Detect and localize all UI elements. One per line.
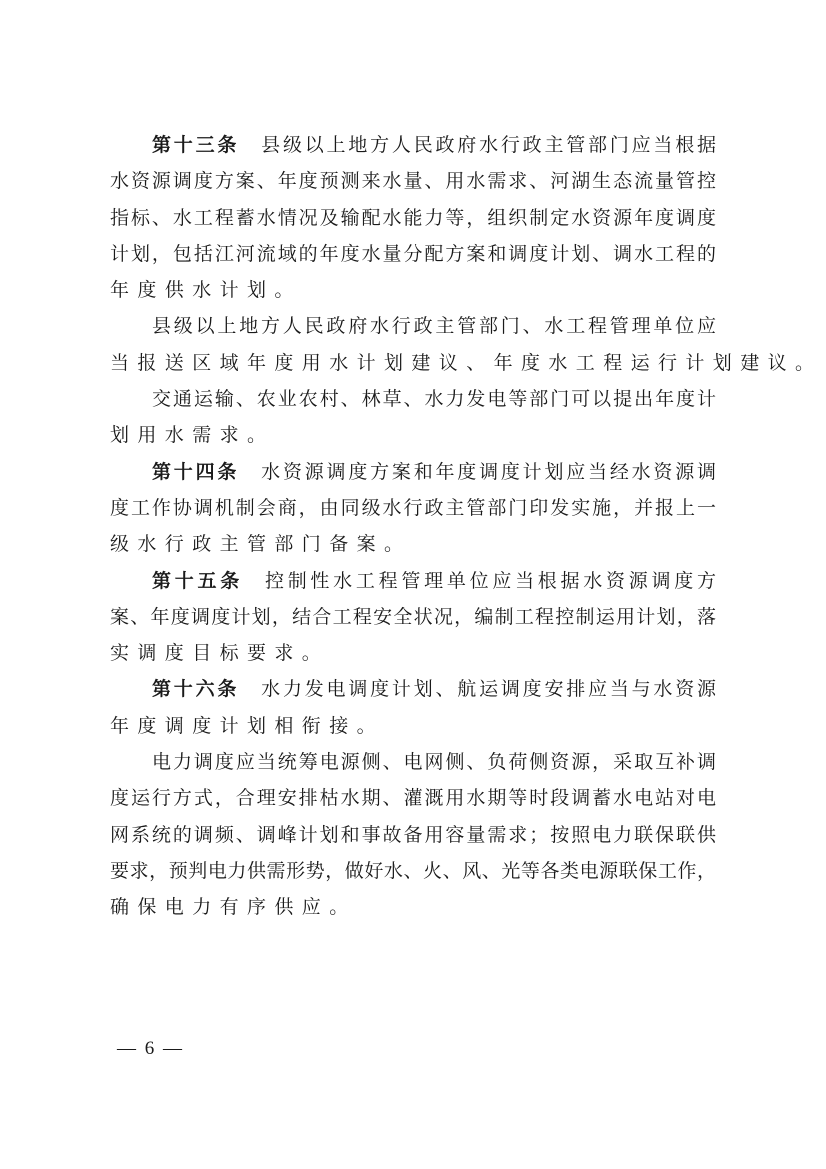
paragraph-line: 指标、水工程蓄水情况及输配水能力等，组织制定水资源年度调度 <box>110 200 716 236</box>
paragraph-line: 级水行政主管部门备案。 <box>110 526 716 562</box>
article-15-line-1: 第十五条控制性水工程管理单位应当根据水资源调度方 <box>110 563 716 599</box>
paragraph-text: 水资源调度方案和年度调度计划应当经水资源调 <box>261 461 716 483</box>
article-16-heading: 第十六条 <box>152 678 239 700</box>
paragraph-text: 县级以上地方人民政府水行政主管部门应当根据 <box>261 134 716 156</box>
paragraph-line: 网系统的调频、调峰计划和事故备用容量需求；按照电力联保联供 <box>110 817 716 853</box>
paragraph-line: 当报送区域年度用水计划建议、年度水工程运行计划建议。 <box>110 345 716 381</box>
paragraph-text: 水力发电调度计划、航运调度安排应当与水资源 <box>261 678 716 700</box>
article-15-heading: 第十五条 <box>152 570 243 592</box>
body-text: 第十三条县级以上地方人民政府水行政主管部门应当根据 水资源调度方案、年度预测来水… <box>110 127 720 926</box>
paragraph-line: 要求，预判电力供需形势，做好水、火、风、光等各类电源联保工作， <box>110 853 716 889</box>
paragraph-line: 县级以上地方人民政府水行政主管部门、水工程管理单位应 <box>110 308 716 344</box>
page-number: — 6 — <box>117 1038 184 1060</box>
paragraph-line: 交通运输、农业农村、林草、水力发电等部门可以提出年度计 <box>110 381 716 417</box>
article-14-heading: 第十四条 <box>152 461 239 483</box>
paragraph-line: 年度调度计划相衔接。 <box>110 708 716 744</box>
paragraph-line: 度运行方式，合理安排枯水期、灌溉用水期等时段调蓄水电站对电 <box>110 780 716 816</box>
paragraph-line: 划用水需求。 <box>110 417 716 453</box>
paragraph-line: 年度供水计划。 <box>110 272 716 308</box>
paragraph-line: 电力调度应当统筹电源侧、电网侧、负荷侧资源，采取互补调 <box>110 744 716 780</box>
article-13-line-1: 第十三条县级以上地方人民政府水行政主管部门应当根据 <box>110 127 716 163</box>
article-16-line-1: 第十六条水力发电调度计划、航运调度安排应当与水资源 <box>110 671 716 707</box>
paragraph-line: 实调度目标要求。 <box>110 635 716 671</box>
paragraph-line: 确保电力有序供应。 <box>110 889 716 925</box>
document-page: 第十三条县级以上地方人民政府水行政主管部门应当根据 水资源调度方案、年度预测来水… <box>0 0 826 1169</box>
article-13-heading: 第十三条 <box>152 134 239 156</box>
paragraph-line: 计划，包括江河流域的年度水量分配方案和调度计划、调水工程的 <box>110 236 716 272</box>
paragraph-line: 度工作协调机制会商，由同级水行政主管部门印发实施，并报上一 <box>110 490 716 526</box>
article-14-line-1: 第十四条水资源调度方案和年度调度计划应当经水资源调 <box>110 454 716 490</box>
paragraph-text: 控制性水工程管理单位应当根据水资源调度方 <box>265 570 716 592</box>
paragraph-line: 水资源调度方案、年度预测来水量、用水需求、河湖生态流量管控 <box>110 163 716 199</box>
paragraph-line: 案、年度调度计划，结合工程安全状况，编制工程控制运用计划，落 <box>110 599 716 635</box>
